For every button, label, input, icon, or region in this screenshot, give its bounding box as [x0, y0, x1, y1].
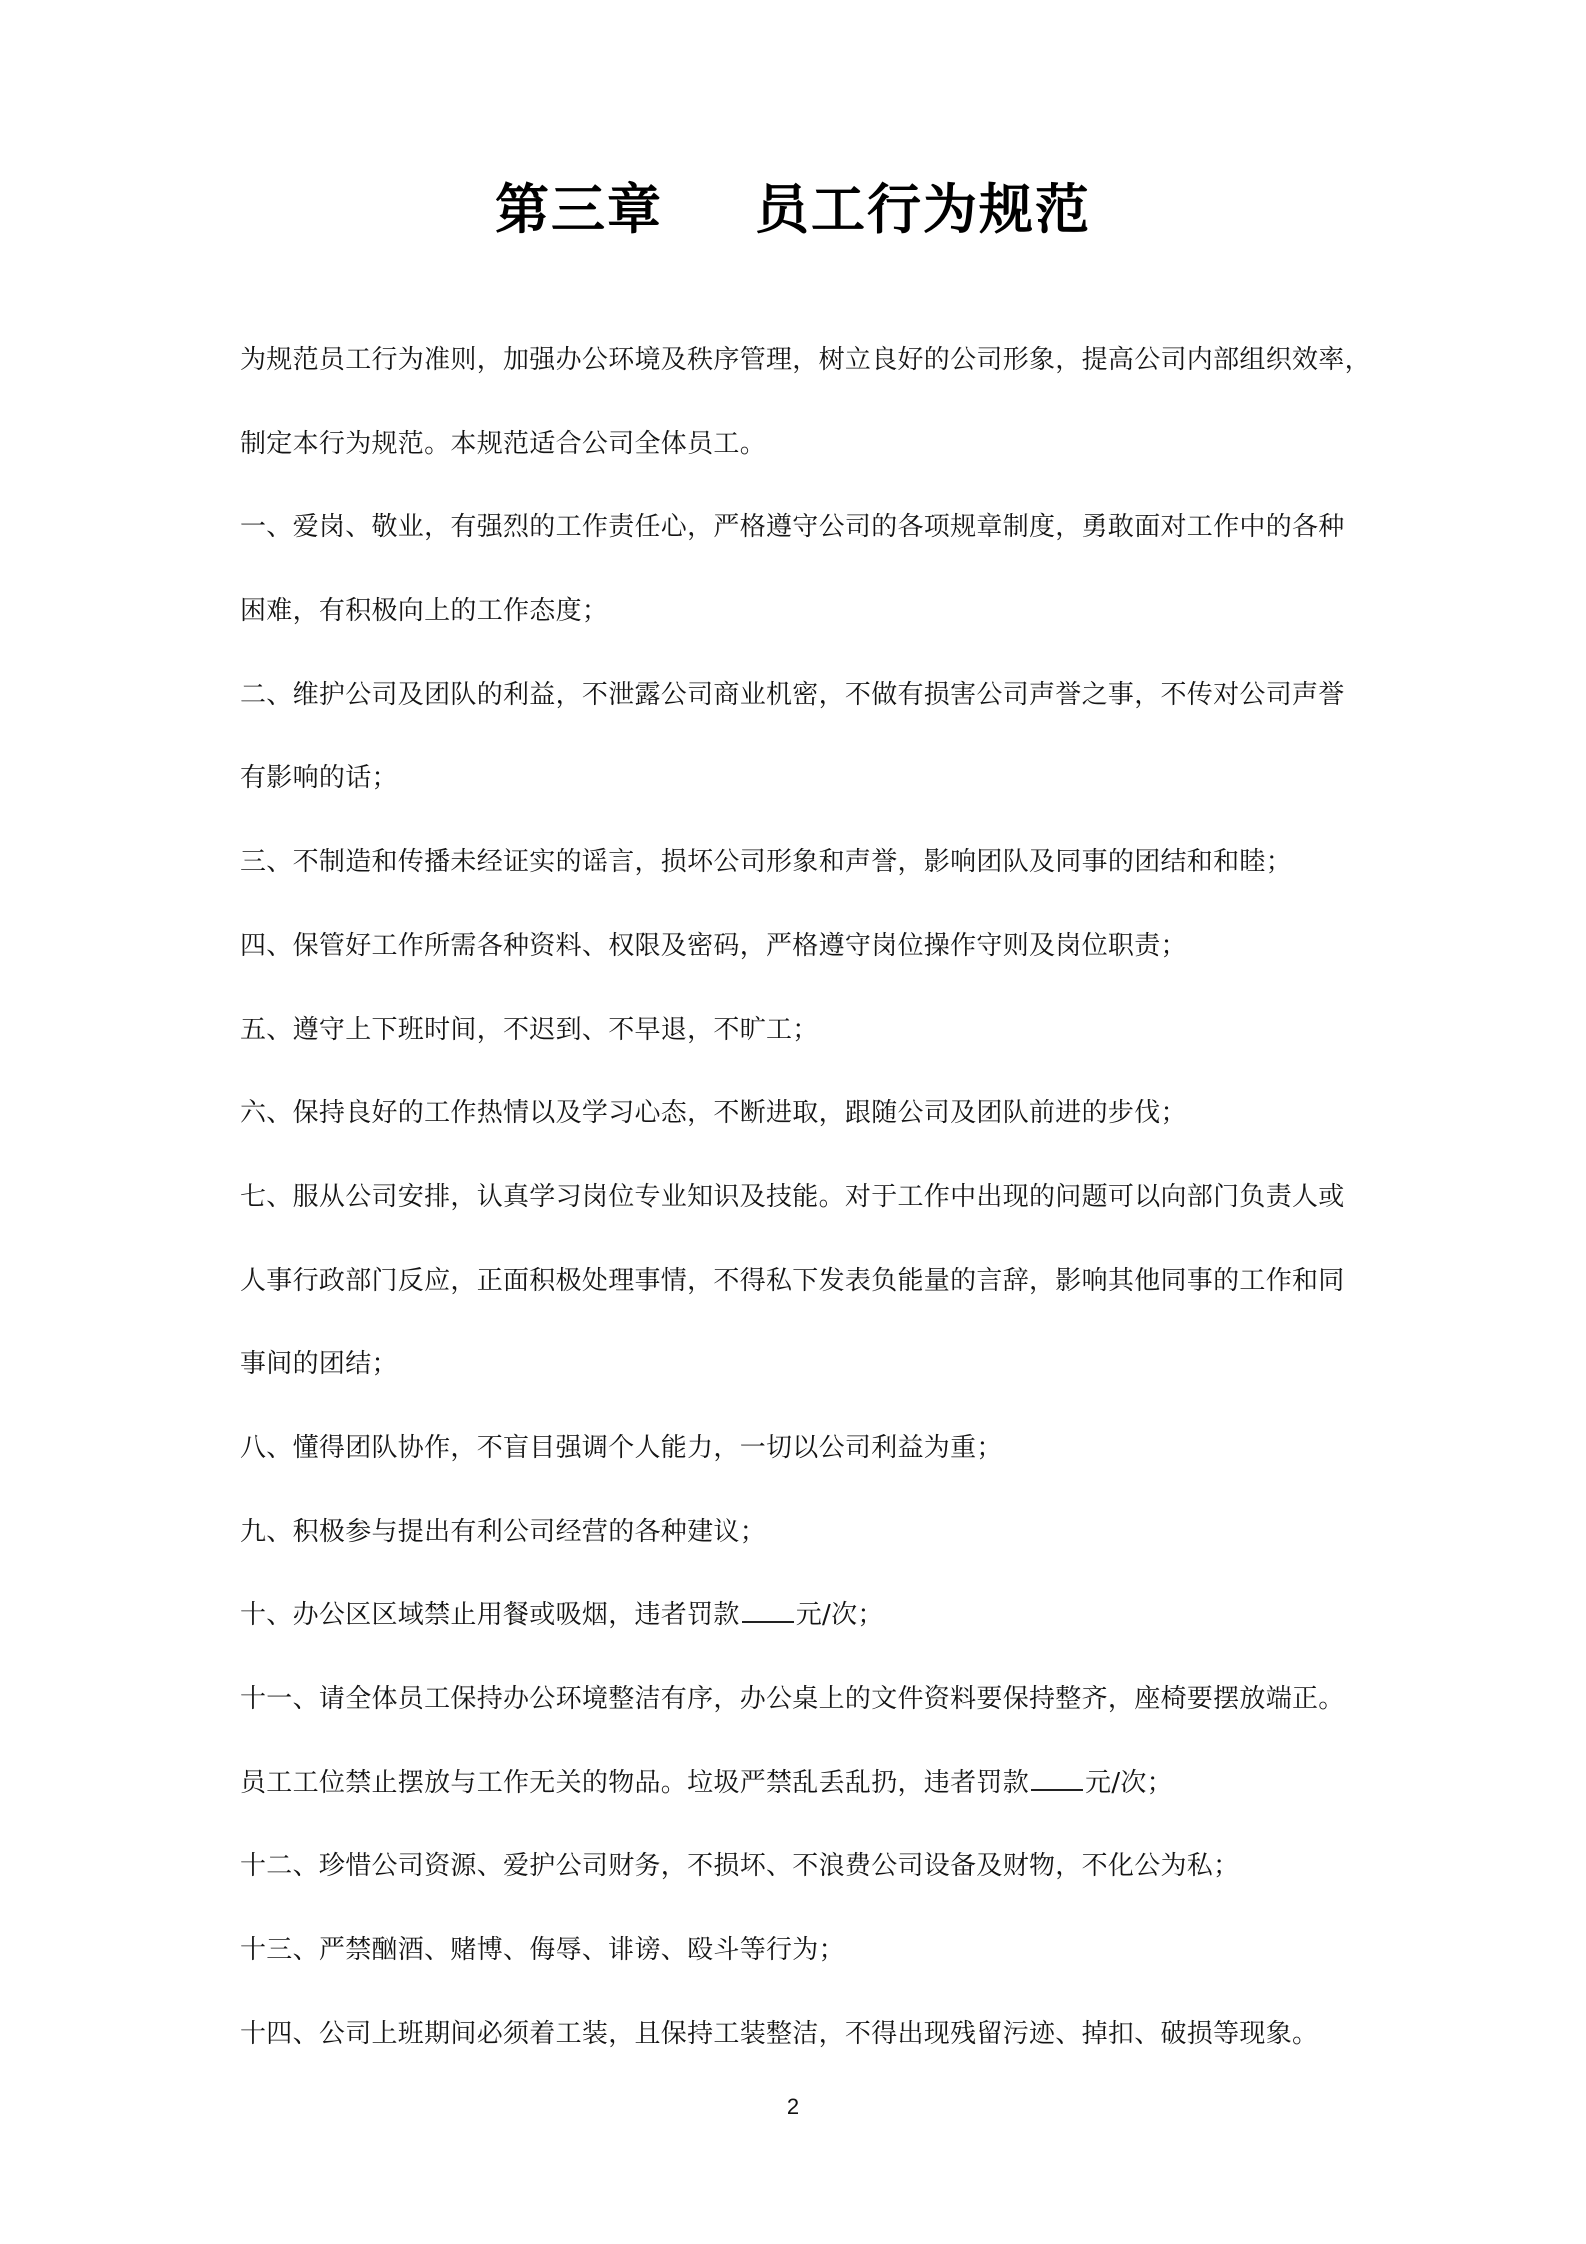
- document-page: 第三章员工行为规范 为规范员工行为准则，加强办公环境及秩序管理，树立良好的公司形…: [0, 0, 1586, 2244]
- rule-10-text: 十、办公区区域禁止用餐或吸烟，违者罚款: [240, 1600, 740, 1630]
- rule-2-line-2: 有影响的话；: [240, 754, 1360, 838]
- rule-6: 六、保持良好的工作热情以及学习心态，不断进取，跟随公司及团队前进的步伐；: [240, 1089, 1360, 1173]
- rule-8: 八、懂得团队协作，不盲目强调个人能力，一切以公司利益为重；: [240, 1424, 1360, 1508]
- page-number: 2: [0, 2094, 1586, 2120]
- rule-10: 十、办公区区域禁止用餐或吸烟，违者罚款元/次；: [240, 1591, 1360, 1675]
- chapter-heading: 员工行为规范: [755, 178, 1091, 241]
- rule-7-line-3: 事间的团结；: [240, 1340, 1360, 1424]
- intro-line-1: 为规范员工行为准则，加强办公环境及秩序管理，树立良好的公司形象，提高公司内部组织…: [240, 336, 1360, 420]
- chapter-title: 第三章员工行为规范: [0, 172, 1586, 248]
- rule-11-line-1: 十一、请全体员工保持办公环境整洁有序，办公桌上的文件资料要保持整齐，座椅要摆放端…: [240, 1675, 1360, 1759]
- chapter-number: 第三章: [495, 178, 663, 241]
- rule-7-line-1: 七、服从公司安排，认真学习岗位专业知识及技能。对于工作中出现的问题可以向部门负责…: [240, 1173, 1360, 1257]
- rule-1-line-1: 一、爱岗、敬业，有强烈的工作责任心，严格遵守公司的各项规章制度，勇敢面对工作中的…: [240, 503, 1360, 587]
- fine-amount-blank: [1031, 1763, 1083, 1791]
- rule-9: 九、积极参与提出有利公司经营的各种建议；: [240, 1508, 1360, 1592]
- body-text: 为规范员工行为准则，加强办公环境及秩序管理，树立良好的公司形象，提高公司内部组织…: [240, 336, 1360, 2093]
- rule-14: 十四、公司上班期间必须着工装，且保持工装整洁，不得出现残留污迹、掉扣、破损等现象…: [240, 2010, 1360, 2094]
- intro-line-2: 制定本行为规范。本规范适合公司全体员工。: [240, 420, 1360, 504]
- rule-11-line-2: 员工工位禁止摆放与工作无关的物品。垃圾严禁乱丢乱扔，违者罚款元/次；: [240, 1759, 1360, 1843]
- rule-5: 五、遵守上下班时间，不迟到、不早退，不旷工；: [240, 1006, 1360, 1090]
- rule-11-text: 员工工位禁止摆放与工作无关的物品。垃圾严禁乱丢乱扔，违者罚款: [240, 1768, 1029, 1798]
- fine-amount-blank: [742, 1595, 794, 1623]
- rule-2-line-1: 二、维护公司及团队的利益，不泄露公司商业机密，不做有损害公司声誉之事，不传对公司…: [240, 671, 1360, 755]
- rule-11-unit: 元/次；: [1085, 1768, 1173, 1798]
- rule-4: 四、保管好工作所需各种资料、权限及密码，严格遵守岗位操作守则及岗位职责；: [240, 922, 1360, 1006]
- rule-12: 十二、珍惜公司资源、爱护公司财务，不损坏、不浪费公司设备及财物，不化公为私；: [240, 1842, 1360, 1926]
- rule-1-line-2: 困难，有积极向上的工作态度；: [240, 587, 1360, 671]
- rule-7-line-2: 人事行政部门反应，正面积极处理事情，不得私下发表负能量的言辞，影响其他同事的工作…: [240, 1257, 1360, 1341]
- rule-3: 三、不制造和传播未经证实的谣言，损坏公司形象和声誉，影响团队及同事的团结和和睦；: [240, 838, 1360, 922]
- rule-13: 十三、严禁酗酒、赌博、侮辱、诽谤、殴斗等行为；: [240, 1926, 1360, 2010]
- rule-10-unit: 元/次；: [796, 1600, 884, 1630]
